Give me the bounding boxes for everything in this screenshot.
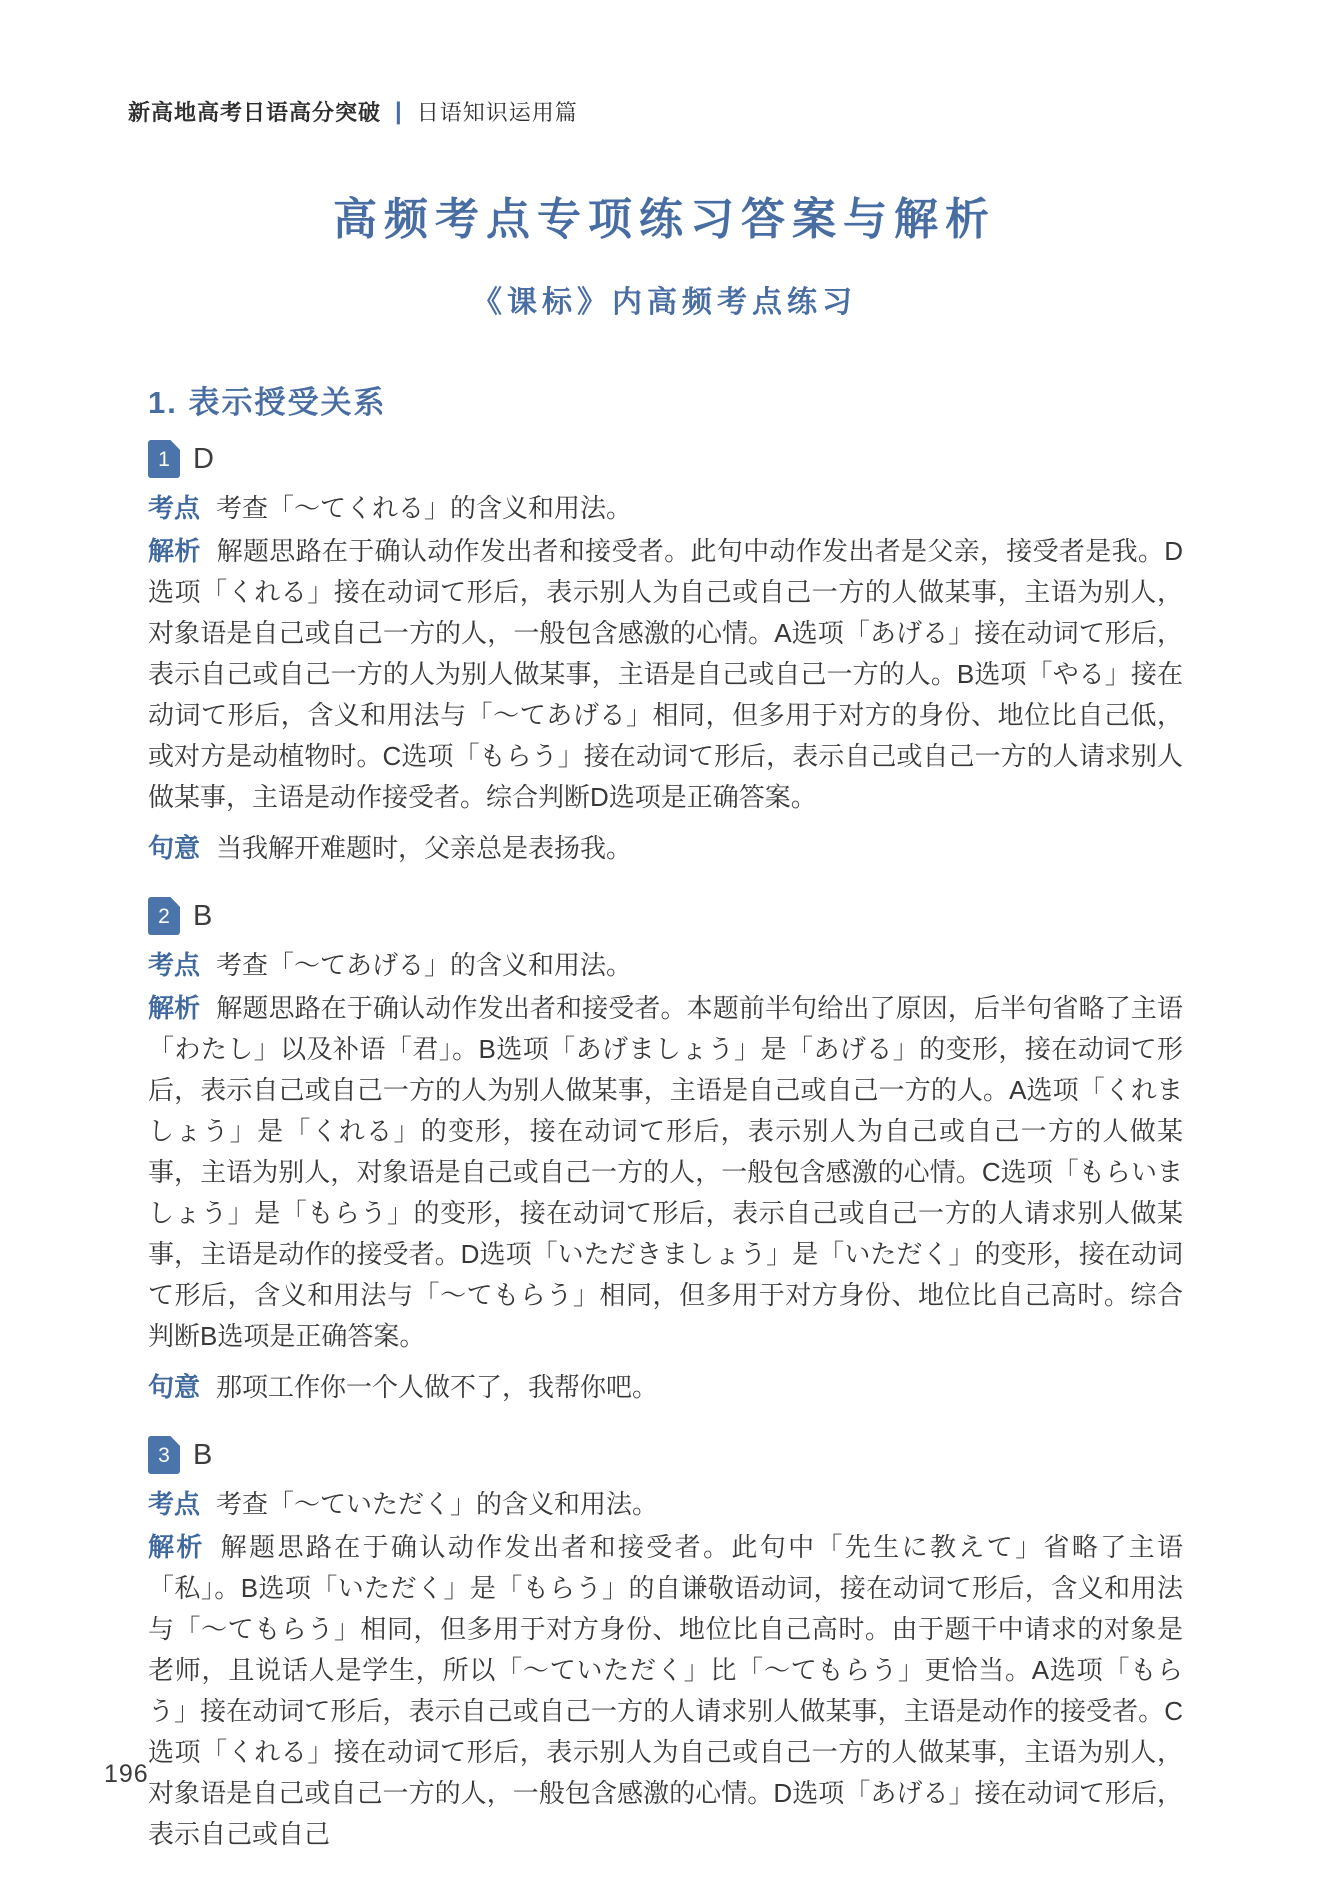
analysis-paragraph: 解析解题思路在于确认动作发出者和接受者。此句中动作发出者是父亲，接受者是我。D选… <box>148 531 1183 818</box>
book-page: 新高地高考日语高分突破 | 日语知识运用篇 高频考点专项练习答案与解析 《课标》… <box>0 0 1329 1886</box>
point-label: 考点 <box>148 493 200 523</box>
meaning-row: 句意当我解开难题时，父亲总是表扬我。 <box>148 828 1183 869</box>
answer-row: 2 B <box>148 895 1183 937</box>
analysis-paragraph: 解析解题思路在于确认动作发出者和接受者。此句中「先生に教えて」省略了主语「私」。… <box>148 1527 1183 1855</box>
point-row: 考点考查「〜てあげる」的含义和用法。 <box>148 945 1183 986</box>
answer-row: 3 B <box>148 1434 1183 1476</box>
question-number: 1 <box>158 439 170 480</box>
question-number-badge: 1 <box>148 440 180 478</box>
answer-letter: D <box>193 439 214 480</box>
point-text: 考查「〜てくれる」的含义和用法。 <box>216 493 632 523</box>
answer-item-1: 1 D 考点考查「〜てくれる」的含义和用法。 解析解题思路在于确认动作发出者和接… <box>148 438 1183 869</box>
analysis-label: 解析 <box>148 536 201 566</box>
analysis-label: 解析 <box>148 1532 205 1562</box>
point-text: 考查「〜てあげる」的含义和用法。 <box>216 950 632 980</box>
point-label: 考点 <box>148 1489 200 1519</box>
answers-list: 1 D 考点考查「〜てくれる」的含义和用法。 解析解题思路在于确认动作发出者和接… <box>148 438 1183 1855</box>
analysis-label: 解析 <box>148 993 200 1023</box>
point-text: 考查「〜ていただく」的含义和用法。 <box>216 1489 658 1519</box>
page-title: 高频考点专项练习答案与解析 <box>0 183 1329 247</box>
meaning-text: 当我解开难题时，父亲总是表扬我。 <box>216 833 632 863</box>
page-subtitle: 《课标》内高频考点练习 <box>0 277 1329 321</box>
header-divider: | <box>395 98 403 126</box>
volume-title: 日语知识运用篇 <box>417 96 578 127</box>
meaning-row: 句意那项工作你一个人做不了，我帮你吧。 <box>148 1367 1183 1408</box>
analysis-text: 解题思路在于确认动作发出者和接受者。此句中动作发出者是父亲，接受者是我。D选项「… <box>148 536 1183 812</box>
point-row: 考点考查「〜ていただく」的含义和用法。 <box>148 1484 1183 1525</box>
point-row: 考点考查「〜てくれる」的含义和用法。 <box>148 488 1183 529</box>
analysis-text: 解题思路在于确认动作发出者和接受者。本题前半句给出了原因，后半句省略了主语「わた… <box>148 993 1183 1351</box>
meaning-label: 句意 <box>148 833 200 863</box>
question-number-badge: 2 <box>148 897 180 935</box>
answer-item-3: 3 B 考点考查「〜ていただく」的含义和用法。 解析解题思路在于确认动作发出者和… <box>148 1434 1183 1855</box>
question-number-badge: 3 <box>148 1436 180 1474</box>
answer-row: 1 D <box>148 438 1183 480</box>
question-number: 3 <box>158 1435 170 1476</box>
analysis-paragraph: 解析解题思路在于确认动作发出者和接受者。本题前半句给出了原因，后半句省略了主语「… <box>148 988 1183 1357</box>
running-header: 新高地高考日语高分突破 | 日语知识运用篇 <box>128 96 1329 127</box>
answer-letter: B <box>193 1435 212 1476</box>
book-series-title: 新高地高考日语高分突破 <box>128 96 381 127</box>
point-label: 考点 <box>148 950 200 980</box>
answer-item-2: 2 B 考点考查「〜てあげる」的含义和用法。 解析解题思路在于确认动作发出者和接… <box>148 895 1183 1408</box>
meaning-text: 那项工作你一个人做不了，我帮你吧。 <box>216 1372 658 1402</box>
section-heading: 1. 表示授受关系 <box>148 377 1329 422</box>
answer-letter: B <box>193 896 212 937</box>
analysis-text: 解题思路在于确认动作发出者和接受者。此句中「先生に教えて」省略了主语「私」。B选… <box>148 1532 1183 1849</box>
meaning-label: 句意 <box>148 1372 200 1402</box>
page-number: 196 <box>104 1760 149 1789</box>
question-number: 2 <box>158 896 170 937</box>
